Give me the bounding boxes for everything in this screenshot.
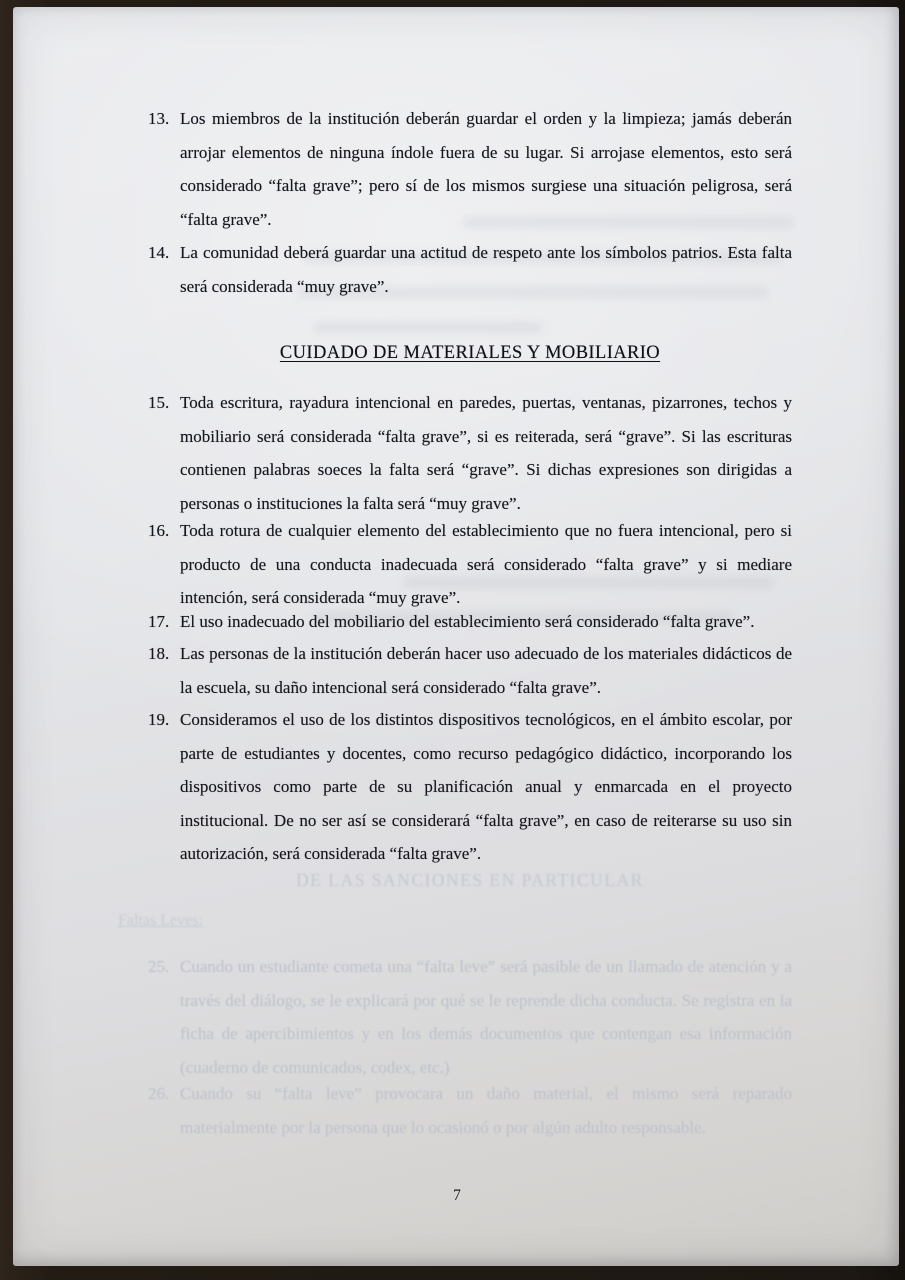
item-number: 16.	[148, 514, 178, 548]
item-text: Toda rotura de cualquier elemento del es…	[180, 521, 792, 607]
ghost-list-item-26: 26.Cuando su “falta leve” provocara un d…	[148, 1077, 792, 1144]
page-number: 7	[417, 1187, 497, 1205]
list-item-17: 17.El uso inadecuado del mobiliario del …	[148, 605, 792, 639]
list-item-15: 15.Toda escritura, rayadura intencional …	[148, 386, 792, 520]
item-number: 19.	[148, 703, 178, 737]
item-text: Los miembros de la institución deberán g…	[180, 109, 792, 229]
item-number: 17.	[148, 605, 178, 639]
item-text: Consideramos el uso de los distintos dis…	[180, 710, 792, 863]
document-page: 13.Los miembros de la institución deberá…	[13, 7, 899, 1266]
ghost-section-heading: DE LAS SANCIONES EN PARTICULAR	[148, 864, 792, 898]
list-item-16: 16.Toda rotura de cualquier elemento del…	[148, 514, 792, 615]
list-item-14: 14.La comunidad deberá guardar una actit…	[148, 236, 792, 303]
item-number: 13.	[148, 102, 178, 136]
ghost-faltas-leves-label: Faltas Leves:	[118, 904, 203, 938]
item-text: El uso inadecuado del mobiliario del est…	[180, 612, 754, 631]
item-text: Cuando un estudiante cometa una “falta l…	[180, 957, 792, 1077]
item-text: Toda escritura, rayadura intencional en …	[180, 393, 792, 513]
list-item-18: 18.Las personas de la institución deberá…	[148, 637, 792, 704]
ghost-list-item-25: 25.Cuando un estudiante cometa una “falt…	[148, 950, 792, 1084]
item-number: 15.	[148, 386, 178, 420]
item-number: 25.	[148, 950, 178, 984]
scanned-document: { "document": { "section_heading": "CUID…	[0, 0, 905, 1280]
list-item-19: 19.Consideramos el uso de los distintos …	[148, 703, 792, 871]
item-text: Cuando su “falta leve” provocara un daño…	[180, 1084, 792, 1137]
item-number: 26.	[148, 1077, 178, 1111]
item-text: La comunidad deberá guardar una actitud …	[180, 243, 792, 296]
section-heading: CUIDADO DE MATERIALES Y MOBILIARIO	[148, 337, 792, 371]
item-number: 18.	[148, 637, 178, 671]
list-item-13: 13.Los miembros de la institución deberá…	[148, 102, 792, 236]
bleed-through-smudge	[313, 322, 543, 333]
item-text: Las personas de la institución deberán h…	[180, 644, 792, 697]
item-number: 14.	[148, 236, 178, 270]
